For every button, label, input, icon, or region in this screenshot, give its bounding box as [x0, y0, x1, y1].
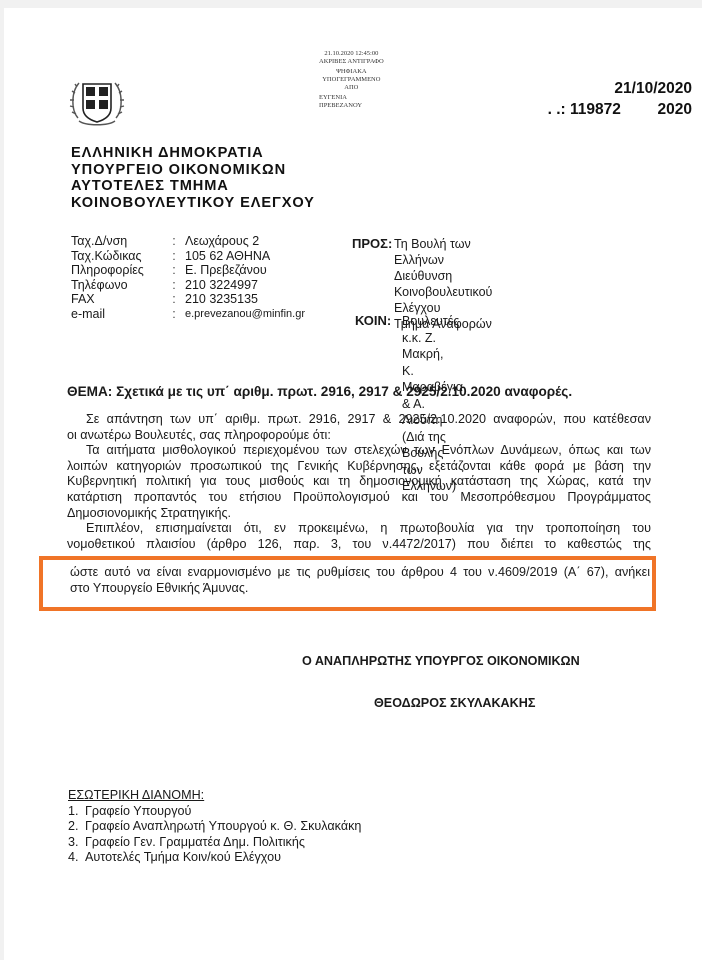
subject-line: ΘΕΜΑ: Σχετικά με τις υπ΄ αριθμ. πρωτ. 29…	[67, 384, 572, 399]
cc-label: ΚΟΙΝ:	[355, 313, 391, 330]
protocol-prefix: . .:	[548, 101, 566, 118]
contact-row-address: Ταχ.Δ/νση:Λεωχάρους 2	[71, 234, 305, 249]
stamp-line: ΑΠΟ	[319, 84, 384, 92]
body-text: Σε απάντηση των υπ΄ αριθμ. πρωτ. 2916, 2…	[67, 412, 651, 552]
distribution-item: 2.Γραφείο Αναπληρωτή Υπουργού κ. Θ. Σκυλ…	[68, 819, 361, 835]
signer-name: ΘΕΟΔΩΡΟΣ ΣΚΥΛΑΚΑΚΗΣ	[374, 696, 535, 710]
body-line: Τα αιτήματα μισθολογικού περιεχομένου τω…	[67, 443, 651, 459]
stamp-timestamp: 21.10.2020 12:45:00	[319, 50, 384, 58]
protocol-value: 119872	[570, 101, 621, 118]
stamp-line: ΨΗΦΙΑΚΑ	[319, 68, 384, 76]
highlight-annotation-box: ώστε αυτό να είναι εναρμονισμένο με τις …	[39, 556, 656, 611]
body-line: λοιπών κατηγοριών προσωπικού της Γενικής…	[67, 459, 651, 475]
internal-distribution: ΕΣΩΤΕΡΙΚΗ ΔΙΑΝΟΜΗ: 1.Γραφείο Υπουργού 2.…	[68, 788, 361, 866]
stamp-line: ΥΠΟΓΕΓΡΑΜΜΕΝΟ	[319, 76, 384, 84]
distribution-item: 1.Γραφείο Υπουργού	[68, 804, 361, 820]
distribution-title: ΕΣΩΤΕΡΙΚΗ ΔΙΑΝΟΜΗ:	[68, 788, 361, 804]
body-line: νομοθετικού πλαισίου (άρθρο 126, παρ. 3,…	[67, 537, 651, 553]
contact-row-fax: FAX:210 3235135	[71, 292, 305, 307]
protocol-number: . .: 119872 2020	[548, 99, 692, 120]
recipient-line: Τη Βουλή των Ελλήνων	[394, 236, 492, 268]
contact-row-email: e-mail:e.prevezanou@minfin.gr	[71, 307, 305, 322]
contact-row-postcode: Ταχ.Κώδικας:105 62 ΑΘΗΝΑ	[71, 249, 305, 264]
body-line: Σε απάντηση των υπ΄ αριθμ. πρωτ. 2916, 2…	[67, 412, 651, 428]
date-protocol-block: 21/10/2020 . .: 119872 2020	[548, 78, 692, 120]
document-date: 21/10/2020	[548, 78, 692, 99]
highlighted-text: ώστε αυτό να είναι εναρμονισμένο με τις …	[70, 565, 650, 596]
recipient-label: ΠΡΟΣ:	[352, 236, 392, 252]
recipient-line: Διεύθυνση Κοινοβουλευτικού Ελέγχου	[394, 268, 492, 316]
organization-header: ΕΛΛΗΝΙΚΗ ΔΗΜΟΚΡΑΤΙΑ ΥΠΟΥΡΓΕΙΟ ΟΙΚΟΝΟΜΙΚΩ…	[71, 145, 315, 211]
contact-row-phone: Τηλέφωνο:210 3224997	[71, 278, 305, 293]
stamp-line: ΑΚΡΙΒΕΣ ΑΝΤΙΓΡΑΦΟ	[319, 58, 384, 66]
highlighted-line: στο Υπουργείο Εθνικής Άμυνας.	[70, 581, 650, 597]
digital-signature-stamp: 21.10.2020 12:45:00 ΑΚΡΙΒΕΣ ΑΝΤΙΓΡΑΦΟ ΨΗ…	[319, 50, 384, 110]
protocol-year: 2020	[658, 101, 692, 118]
distribution-item: 4.Αυτοτελές Τμήμα Κοιν/κού Ελέγχου	[68, 850, 361, 866]
distribution-item: 3.Γραφείο Γεν. Γραμματέα Δημ. Πολιτικής	[68, 835, 361, 851]
org-line: ΑΥΤΟΤΕΛΕΣ ΤΜΗΜΑ	[71, 178, 315, 195]
body-line: Κυβερνητική πολιτική για τους μισθούς κα…	[67, 474, 651, 490]
highlighted-line: ώστε αυτό να είναι εναρμονισμένο με τις …	[70, 565, 650, 581]
email-link[interactable]: e.prevezanou@minfin.gr	[185, 307, 305, 322]
contact-row-info: Πληροφορίες:Ε. Πρεβεζάνου	[71, 263, 305, 278]
body-line: οι ανωτέρω Βουλευτές, σας πληροφορούμε ό…	[67, 428, 651, 444]
org-line: ΚΟΙΝΟΒΟΥΛΕΥΤΙΚΟΥ ΕΛΕΓΧΟΥ	[71, 195, 315, 212]
document-page: 21.10.2020 12:45:00 ΑΚΡΙΒΕΣ ΑΝΤΙΓΡΑΦΟ ΨΗ…	[4, 8, 702, 960]
signer-title: Ο ΑΝΑΠΛΗΡΩΤΗΣ ΥΠΟΥΡΓΟΣ ΟΙΚΟΝΟΜΙΚΩΝ	[302, 654, 580, 668]
contact-details: Ταχ.Δ/νση:Λεωχάρους 2 Ταχ.Κώδικας:105 62…	[71, 234, 305, 322]
body-line: Επιπλέον, επισημαίνεται ότι, εν προκειμέ…	[67, 521, 651, 537]
org-line: ΥΠΟΥΡΓΕΙΟ ΟΙΚΟΝΟΜΙΚΩΝ	[71, 162, 315, 179]
org-line: ΕΛΛΗΝΙΚΗ ΔΗΜΟΚΡΑΤΙΑ	[71, 145, 315, 162]
greek-coat-of-arms-icon	[68, 74, 126, 130]
stamp-line: ΠΡΕΒΕΖΑΝΟΥ	[319, 102, 384, 110]
body-line: Δημοσιονομικής Στρατηγικής.	[67, 506, 651, 522]
stamp-line: ΕΥΓΕΝΙΑ	[319, 94, 384, 102]
cc-line: Βουλευτές κ.κ. Ζ. Μακρή,	[402, 313, 463, 363]
body-line: κατάρτιση προπαντός του ετήσιου Προϋπολο…	[67, 490, 651, 506]
distribution-list: 1.Γραφείο Υπουργού 2.Γραφείο Αναπληρωτή …	[68, 804, 361, 866]
